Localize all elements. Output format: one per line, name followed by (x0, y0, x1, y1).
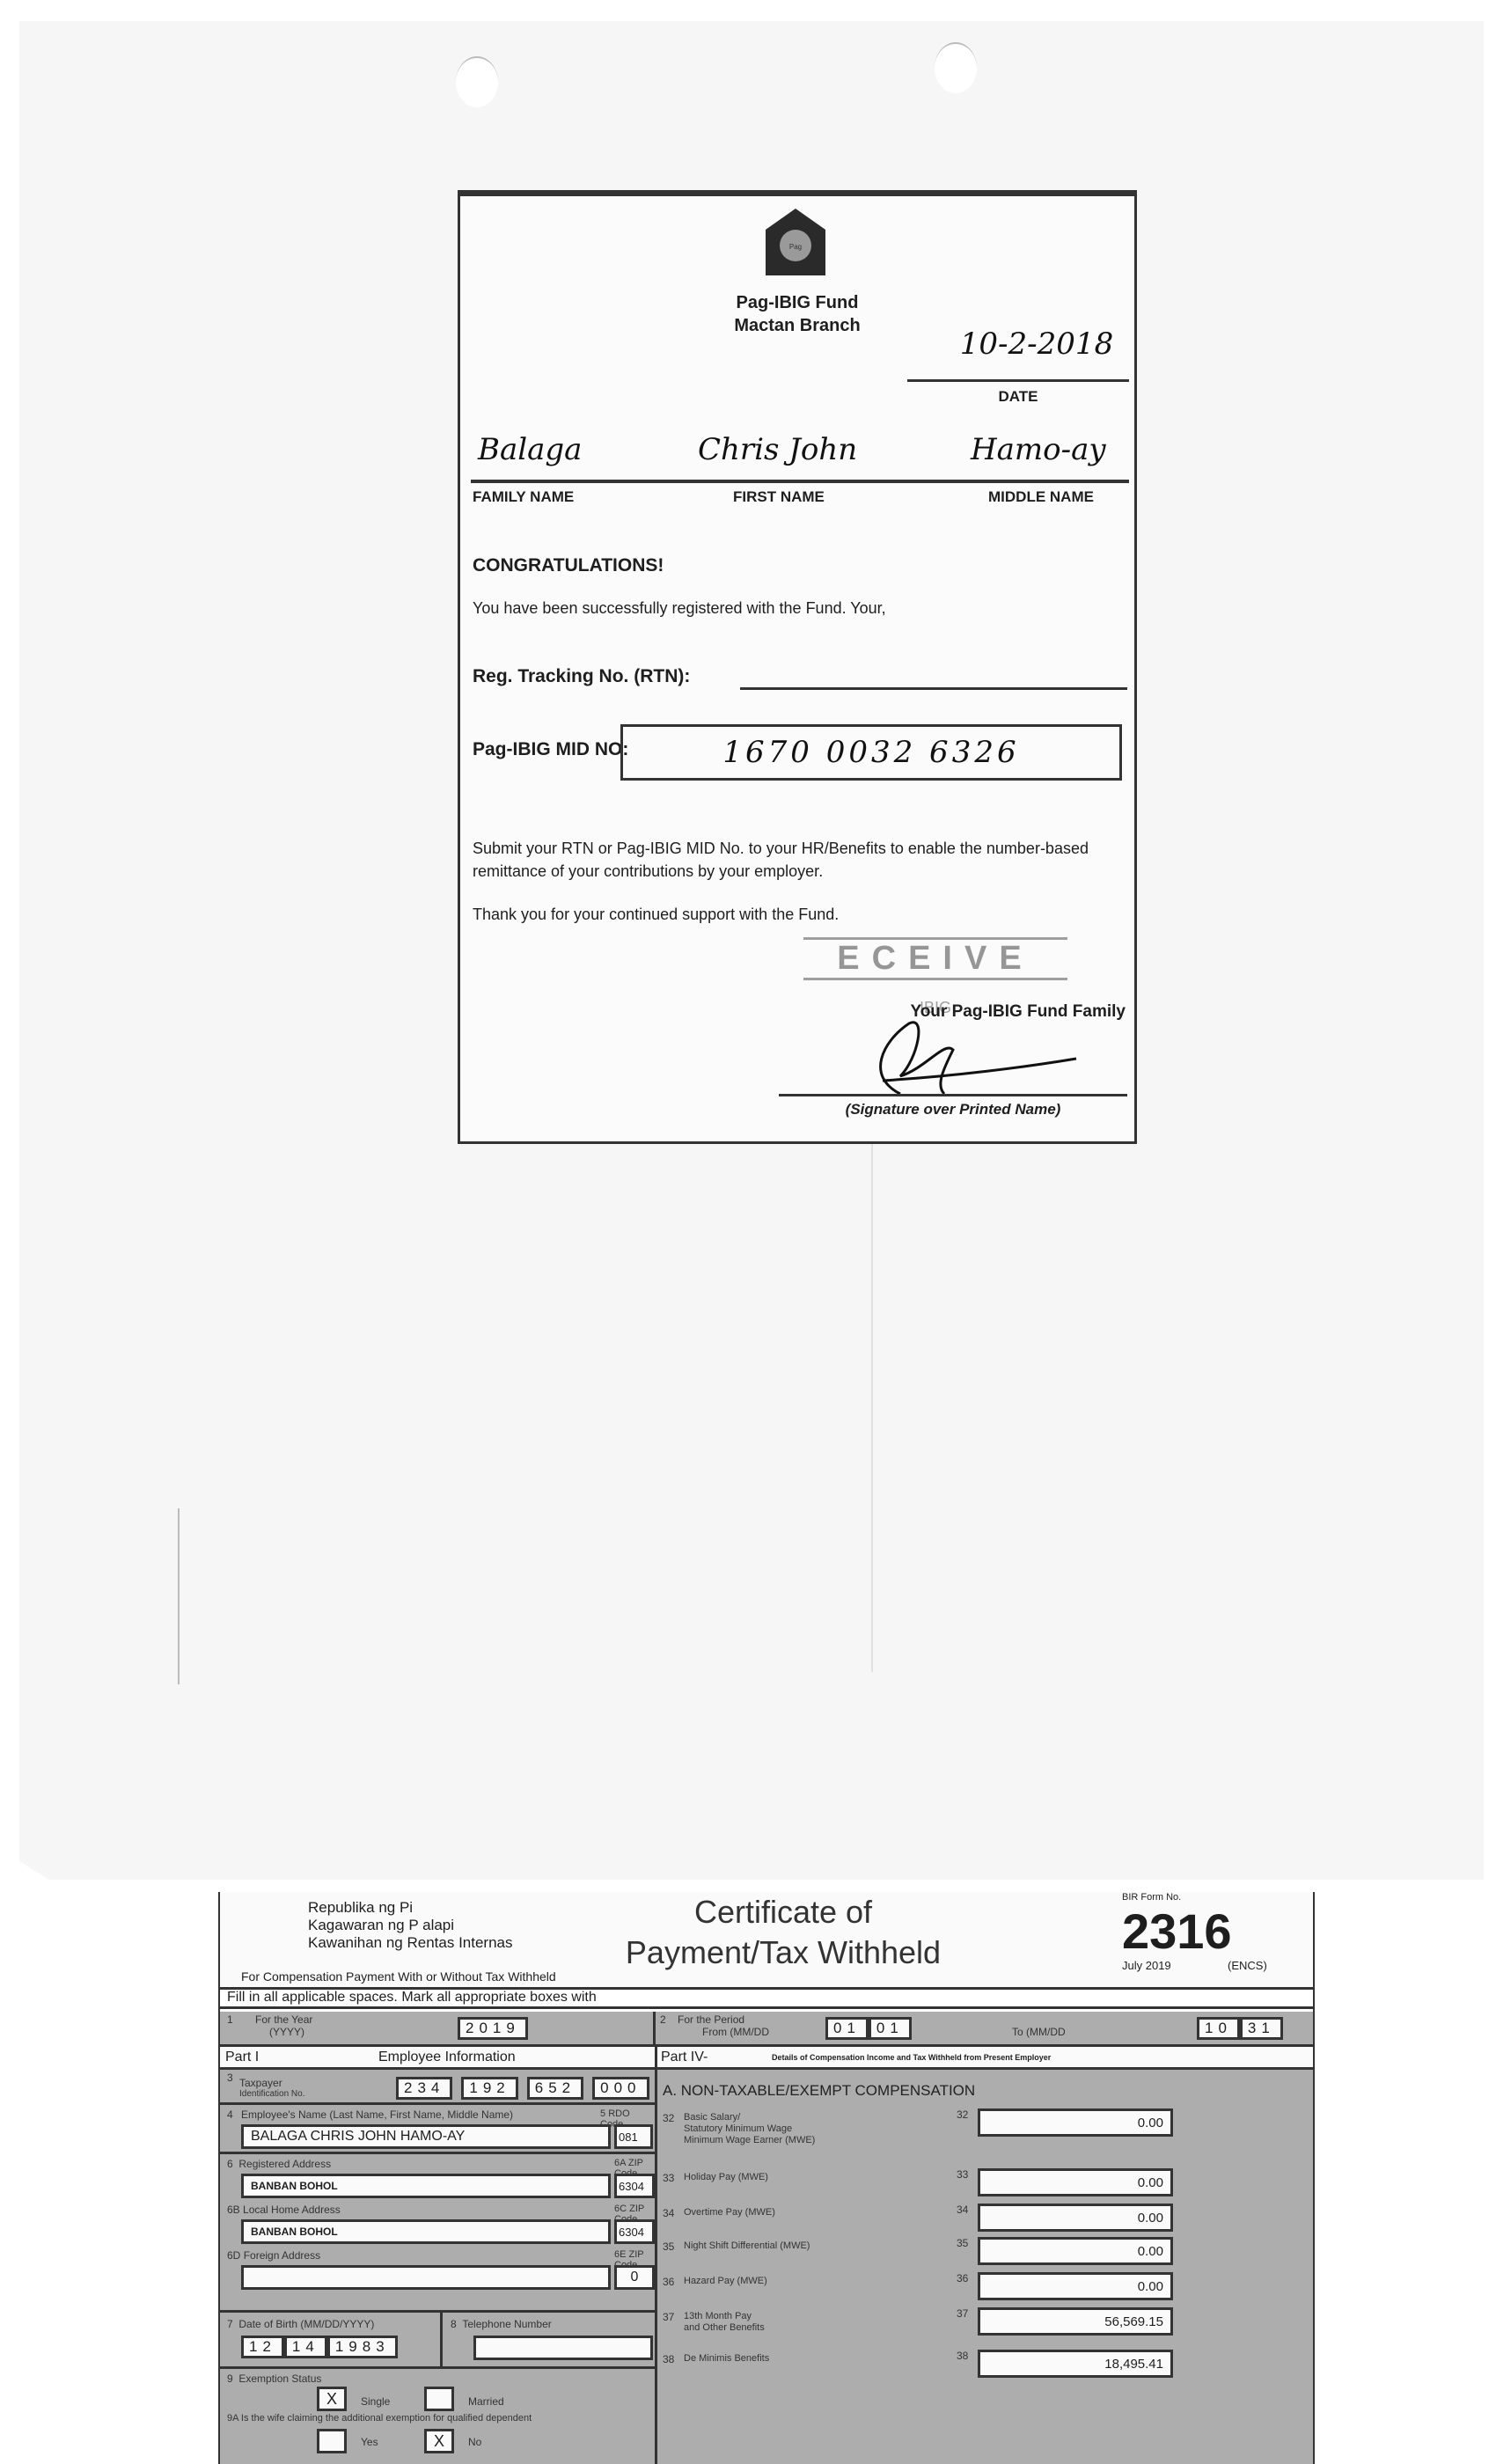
item-num: 33 (663, 2172, 674, 2184)
wife-yes-checkbox[interactable] (317, 2429, 347, 2453)
agency-line: Kagawaran ng P alapi (308, 1917, 513, 1934)
fill-instructions: Fill in all applicable spaces. Mark all … (220, 1990, 1313, 2009)
item-32-label3: Minimum Wage Earner (MWE) (684, 2135, 815, 2145)
registered-message: You have been successfully registered wi… (473, 599, 886, 618)
item-num: 34 (663, 2207, 674, 2219)
date-value: 10-2-2018 (935, 326, 1138, 362)
form-header: Republika ng Pi Kagawaran ng P alapi Kaw… (220, 1892, 1313, 1990)
year-field[interactable]: 2019 (458, 2017, 528, 2040)
dob-yyyy[interactable]: 1983 (327, 2336, 398, 2358)
wife-no-checkbox[interactable]: X (424, 2429, 454, 2453)
dob-dd[interactable]: 14 (284, 2336, 327, 2358)
part4-title: Details of Compensation Income and Tax W… (772, 2053, 1051, 2062)
family-name-value: Balaga (478, 432, 582, 467)
dob-label-text: Date of Birth (MM/DD/YYYY) (238, 2318, 374, 2330)
agency-line: Kawanihan ng Rentas Internas (308, 1934, 513, 1952)
pag-ibig-house-logo-icon: Pag (764, 207, 827, 279)
part4-body: A. NON-TAXABLE/EXEMPT COMPENSATION 32Bas… (655, 2070, 1313, 2464)
tin-part-3[interactable]: 652 (527, 2077, 583, 2100)
punch-hole (935, 42, 977, 93)
foreign-address-field[interactable] (241, 2265, 611, 2290)
form-no-label: BIR Form No. (1122, 1892, 1181, 1903)
phone-label-text: Telephone Number (462, 2318, 551, 2330)
item-34-amount-field[interactable]: 0.00 (978, 2204, 1173, 2232)
form-subtitle: For Compensation Payment With or Without… (241, 1969, 556, 1984)
year-label: For the Year (255, 2013, 312, 2026)
wife-claim-label-text: Is the wife claiming the additional exem… (241, 2413, 532, 2424)
phone-field[interactable] (473, 2336, 653, 2360)
married-checkbox[interactable] (424, 2387, 454, 2411)
date-line (907, 379, 1129, 382)
part4-label: Part IV- (661, 2050, 708, 2065)
item-num: 9 (227, 2372, 233, 2385)
item-35-amount-field[interactable]: 0.00 (978, 2237, 1173, 2265)
item-num: 6B (227, 2204, 240, 2216)
agency-line: Republika ng Pi (308, 1899, 513, 1917)
tin-part-2[interactable]: 192 (461, 2077, 517, 2100)
item-num: 35 (663, 2240, 674, 2253)
item-num: 9A (227, 2413, 238, 2424)
part1-heading: Part I Employee Information (220, 2047, 655, 2070)
signature-line (779, 1094, 1127, 1096)
tin-label: Taxpayer (239, 2077, 282, 2089)
exemption-label-text: Exemption Status (238, 2372, 321, 2385)
period-to-label: To (MM/DD (1012, 2026, 1066, 2038)
part1-label: Part I (225, 2050, 259, 2065)
page-crease (871, 1144, 873, 1672)
form-version-date: July 2019 (1122, 1959, 1171, 1972)
family-name-label: FAMILY NAME (473, 488, 574, 506)
mid-label: Pag-IBIG MID NO: (473, 739, 628, 760)
item-num: 1 (227, 2013, 233, 2026)
item-38-amount-field[interactable]: 18,495.41 (978, 2350, 1173, 2378)
employee-name-field[interactable]: BALAGA CHRIS JOHN HAMO-AY (241, 2124, 611, 2149)
item-num: 32 (957, 2108, 968, 2121)
period-to-mm[interactable]: 10 (1197, 2017, 1240, 2040)
tin-part-1[interactable]: 234 (396, 2077, 452, 2100)
zip-6c-field[interactable]: 6304 (614, 2219, 655, 2244)
middle-name-value: Hamo-ay (971, 432, 1106, 467)
item-num: 3 (227, 2072, 233, 2084)
stamp-text: ECEIVE (803, 937, 1067, 980)
local-address-label-text: Local Home Address (243, 2204, 341, 2216)
single-label: Single (361, 2395, 390, 2408)
item-37-label2: and Other Benefits (684, 2322, 765, 2333)
rtn-blank-line (740, 687, 1127, 690)
period-from-mm[interactable]: 01 (825, 2017, 869, 2040)
item-num: 34 (957, 2204, 968, 2216)
reg-address-label-text: Registered Address (238, 2158, 331, 2170)
form-title-line: Certificate of (625, 1892, 942, 1932)
foreign-address-label-text: Foreign Address (244, 2249, 320, 2262)
exemption-label: 9 Exemption Status (227, 2372, 321, 2385)
pagibig-registration-slip: Pag Pag-IBIG Fund Mactan Branch 10-2-201… (458, 190, 1137, 1144)
item-num: 6D (227, 2249, 240, 2262)
item-num: 32 (663, 2112, 674, 2124)
zip-6e-field[interactable]: 0 (614, 2265, 655, 2290)
item-num: 38 (663, 2353, 674, 2365)
agency-block: Republika ng Pi Kagawaran ng P alapi Kaw… (308, 1899, 513, 1952)
employee-name-label: Employee's Name (Last Name, First Name, … (241, 2108, 513, 2121)
item-34-label: Overtime Pay (MWE) (684, 2207, 775, 2218)
form-title-line: Payment/Tax Withheld (625, 1932, 942, 1973)
dob-label: 7 Date of Birth (MM/DD/YYYY) (227, 2318, 374, 2330)
page-crease (178, 1508, 180, 1684)
part1-title: Employee Information (378, 2050, 516, 2065)
zip-6a-field[interactable]: 6304 (614, 2174, 655, 2198)
section-a-heading: A. NON-TAXABLE/EXEMPT COMPENSATION (663, 2082, 975, 2100)
item-36-amount-field[interactable]: 0.00 (978, 2272, 1173, 2300)
period-from-label: From (MM/DD (702, 2026, 769, 2038)
local-address-field[interactable]: BANBAN BOHOL (241, 2219, 611, 2244)
phone-label: 8 Telephone Number (451, 2318, 552, 2330)
item-num: 33 (957, 2168, 968, 2181)
form-number: 2316 (1122, 1903, 1232, 1960)
form-code: (ENCS) (1228, 1959, 1267, 1972)
middle-name-label: MIDDLE NAME (988, 488, 1094, 506)
part4-heading: Part IV- Details of Compensation Income … (655, 2047, 1313, 2070)
rtn-label: Reg. Tracking No. (RTN): (473, 666, 690, 687)
name-line (471, 480, 1129, 483)
item-37-amount-field[interactable]: 56,569.15 (978, 2307, 1173, 2336)
item-35-label: Night Shift Differential (MWE) (684, 2240, 810, 2251)
org-name: Pag-IBIG Fund (460, 291, 1134, 314)
foreign-address-label: 6D Foreign Address (227, 2249, 320, 2262)
signature-icon (847, 1006, 1094, 1103)
signature-label: (Signature over Printed Name) (795, 1101, 1111, 1118)
wife-yes-label: Yes (361, 2436, 378, 2448)
first-name-label: FIRST NAME (733, 488, 825, 506)
part1-body: 3 Taxpayer Identification No. 234 192 65… (220, 2070, 655, 2464)
dob-mm[interactable]: 12 (241, 2336, 284, 2358)
item-38-label: De Minimis Benefits (684, 2353, 769, 2364)
reg-address-label: 6 Registered Address (227, 2158, 331, 2170)
married-label: Married (468, 2395, 504, 2408)
single-checkbox[interactable]: X (317, 2387, 347, 2411)
item-33-amount-field[interactable]: 0.00 (978, 2168, 1173, 2196)
thanks-message: Thank you for your continued support wit… (473, 906, 839, 924)
form-title: Certificate of Payment/Tax Withheld (625, 1892, 942, 1973)
mid-number-box: 1670 0032 6326 (620, 724, 1122, 781)
year-sub-label: (YYYY) (269, 2026, 304, 2038)
local-address-label: 6B Local Home Address (227, 2204, 341, 2216)
tin-label2: Identification No. (239, 2089, 305, 2099)
item-num: 2 (660, 2013, 666, 2026)
tin-part-4[interactable]: 000 (592, 2077, 649, 2100)
period-to-dd[interactable]: 31 (1240, 2017, 1283, 2040)
period-from-dd[interactable]: 01 (869, 2017, 912, 2040)
first-name-value: Chris John (698, 432, 857, 467)
item-32-label: Basic Salary/ (684, 2112, 740, 2123)
item-37-label: 13th Month Pay (684, 2311, 752, 2321)
svg-text:Pag: Pag (789, 243, 802, 251)
rdo-field[interactable]: 081 (614, 2124, 653, 2149)
congrats-heading: CONGRATULATIONS! (473, 555, 664, 576)
date-label: DATE (907, 388, 1129, 406)
item-num: 35 (957, 2237, 968, 2249)
form-version: July 2019 (ENCS) (1122, 1959, 1298, 1972)
item-num: 37 (663, 2311, 674, 2323)
item-32-amount-field[interactable]: 0.00 (978, 2108, 1173, 2137)
punch-hole (456, 56, 498, 107)
item-32-label2: Statutory Minimum Wage (684, 2123, 792, 2134)
item-num: 7 (227, 2318, 233, 2330)
item-num: 8 (451, 2318, 457, 2330)
item-num: 4 (227, 2108, 233, 2121)
submit-instructions: Submit your RTN or Pag-IBIG MID No. to y… (473, 837, 1124, 883)
item-num: 5 (600, 2108, 605, 2119)
item-num: 6 (227, 2158, 233, 2170)
bir-form-2316: Republika ng Pi Kagawaran ng P alapi Kaw… (218, 1892, 1315, 2464)
wife-no-label: No (468, 2436, 481, 2448)
item-num: 38 (957, 2350, 968, 2362)
item-36-label: Hazard Pay (MWE) (684, 2276, 767, 2286)
period-label: For the Period (678, 2013, 744, 2026)
item-num: 37 (957, 2307, 968, 2320)
item-33-label: Holiday Pay (MWE) (684, 2172, 768, 2182)
item-num: 36 (663, 2276, 674, 2288)
item-num: 36 (957, 2272, 968, 2284)
reg-address-field[interactable]: BANBAN BOHOL (241, 2174, 611, 2198)
wife-claim-label: 9A Is the wife claiming the additional e… (227, 2413, 532, 2424)
year-period-row: 1 For the Year (YYYY) 2019 2 For the Per… (220, 2012, 1313, 2047)
